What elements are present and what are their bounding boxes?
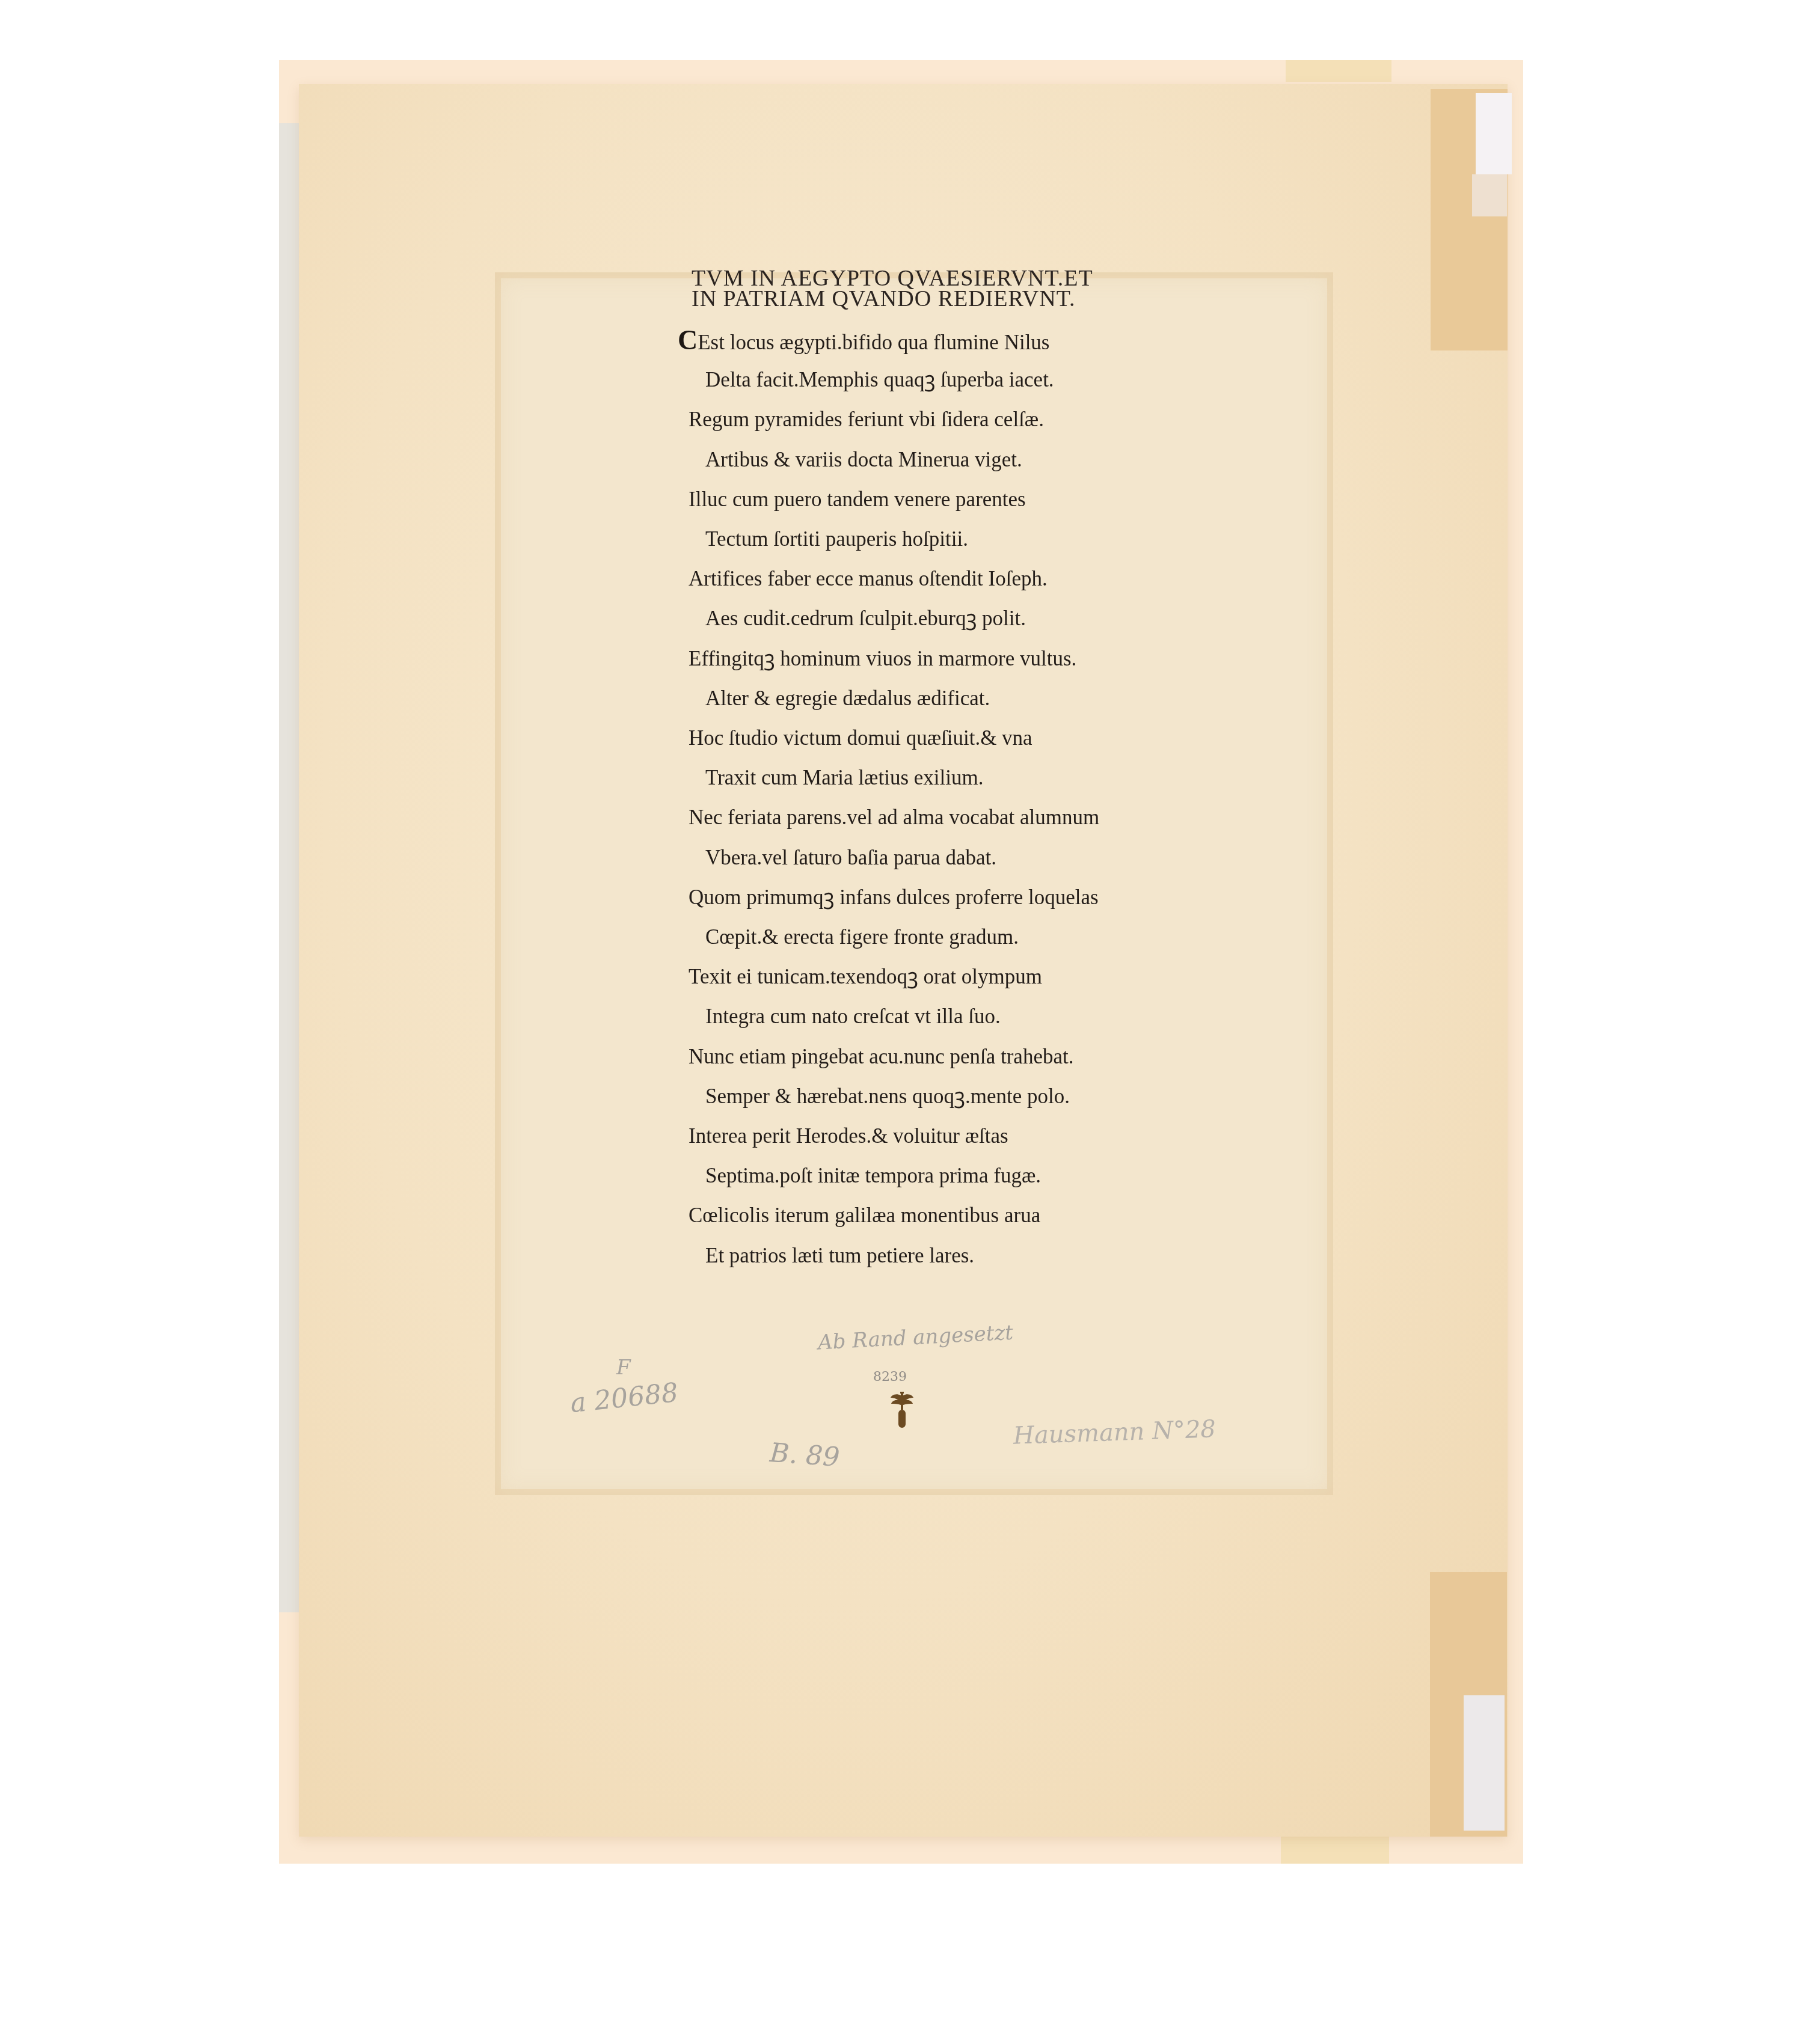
verse-text: Vbera.vel ſaturo baſia parua dabat. — [705, 846, 996, 869]
verse-line: Illuc cum puero tandem venere parentes — [689, 488, 1026, 512]
verse-text: Artifices faber ecce manus oſtendit Ioſe… — [689, 567, 1048, 590]
verse-text: Integra cum nato creſcat vt illa ſuo. — [705, 1005, 1001, 1028]
verse-text: Alter & egregie dædalus ædificat. — [705, 687, 990, 710]
verse-text: Septima.poſt initæ tempora prima fugæ. — [705, 1164, 1041, 1187]
verse-line: Delta facit.Memphis quaqꝫ ſuperba iacet. — [705, 368, 1054, 392]
verse-line: Septima.poſt initæ tempora prima fugæ. — [705, 1164, 1041, 1188]
verse-text: Nunc etiam pingebat acu.nunc penſa trahe… — [689, 1045, 1073, 1068]
verse-text: Quom primumqꝫ infans dulces proferre loq… — [689, 886, 1099, 909]
verse-text: Cœpit.& erecta figere fronte gradum. — [705, 925, 1019, 949]
verse-line: CEst locus ægypti.bifido qua flumine Nil… — [678, 328, 1049, 355]
collector-stamp-icon — [889, 1391, 915, 1430]
verse-line: Et patrios læti tum petiere lares. — [705, 1244, 974, 1268]
verse-line: Cœpit.& erecta figere fronte gradum. — [705, 925, 1019, 949]
verse-line: Artibus & variis docta Minerua viget. — [705, 448, 1022, 472]
verse-line: Quom primumqꝫ infans dulces proferre loq… — [689, 886, 1099, 910]
verse-line: Hoc ſtudio victum domui quæſiuit.& vna — [689, 726, 1032, 750]
verse-line: Interea perit Herodes.& voluitur æſtas — [689, 1124, 1008, 1148]
verse-text: Et patrios læti tum petiere lares. — [705, 1244, 974, 1267]
verse-text: Cœlicolis iterum galilæa monentibus arua — [689, 1204, 1040, 1227]
verse-text: Semper & hærebat.nens quoqꝫ.mente polo. — [705, 1085, 1070, 1108]
hinge-tape-top — [1286, 60, 1391, 82]
inventory-number: 8239 — [873, 1369, 907, 1385]
paper-tape-upper-right — [1476, 93, 1512, 174]
verse-text: Interea perit Herodes.& voluitur æſtas — [689, 1124, 1008, 1148]
verse-line: Aes cudit.cedrum ſculpit.eburqꝫ polit. — [705, 607, 1026, 631]
verse-line: Effingitqꝫ hominum viuos in marmore vult… — [689, 647, 1076, 671]
verse-line: Traxit cum Maria lætius exilium. — [705, 766, 983, 790]
verse-line: Regum pyramides feriunt vbi ſidera celſæ… — [689, 408, 1044, 432]
paper-tape-upper-right-torn — [1472, 174, 1507, 216]
verse-line: Tectum ſortiti pauperis hoſpitii. — [705, 527, 968, 551]
verse-text: Regum pyramides feriunt vbi ſidera celſæ… — [689, 408, 1044, 431]
mount-underlay-strip — [279, 123, 299, 1612]
verse-text: Nec feriata parens.vel ad alma vocabat a… — [689, 806, 1099, 829]
verse-line: Vbera.vel ſaturo baſia parua dabat. — [705, 846, 996, 870]
initial-letter: C — [678, 325, 698, 355]
pencil-bartsch-reference: B. 89 — [769, 1437, 841, 1473]
verse-text: Texit ei tunicam.texendoqꝫ orat olympum — [689, 965, 1042, 988]
pencil-letter-f: F — [616, 1356, 631, 1380]
verse-line: Nec feriata parens.vel ad alma vocabat a… — [689, 806, 1099, 830]
verse-text: Effingitqꝫ hominum viuos in marmore vult… — [689, 647, 1076, 670]
verse-text: Artibus & variis docta Minerua viget. — [705, 448, 1022, 471]
verse-line: Texit ei tunicam.texendoqꝫ orat olympum — [689, 965, 1042, 989]
verse-line: Alter & egregie dædalus ædificat. — [705, 687, 990, 711]
verse-line: Cœlicolis iterum galilæa monentibus arua — [689, 1204, 1040, 1228]
verse-text: Traxit cum Maria lætius exilium. — [705, 766, 983, 789]
verse-line: Integra cum nato creſcat vt illa ſuo. — [705, 1005, 1001, 1029]
verse-text: Aes cudit.cedrum ſculpit.eburqꝫ polit. — [705, 607, 1026, 630]
verse-text: Delta facit.Memphis quaqꝫ ſuperba iacet. — [705, 368, 1054, 391]
verse-text: Illuc cum puero tandem venere parentes — [689, 488, 1026, 511]
verse-line: Nunc etiam pingebat acu.nunc penſa trahe… — [689, 1045, 1073, 1069]
verse-text: Est locus ægypti.bifido qua flumine Nilu… — [698, 331, 1049, 354]
verse-line: Artifices faber ecce manus oſtendit Ioſe… — [689, 567, 1048, 591]
page-title-line-2: IN PATRIAM QVANDO REDIERVNT. — [692, 287, 968, 310]
paper-tape-lower-right — [1464, 1695, 1505, 1831]
verse-text: Tectum ſortiti pauperis hoſpitii. — [705, 527, 968, 551]
hinge-tape-bottom — [1281, 1837, 1389, 1864]
verse-text: Hoc ſtudio victum domui quæſiuit.& vna — [689, 726, 1032, 750]
verse-line: Semper & hærebat.nens quoqꝫ.mente polo. — [705, 1085, 1070, 1109]
